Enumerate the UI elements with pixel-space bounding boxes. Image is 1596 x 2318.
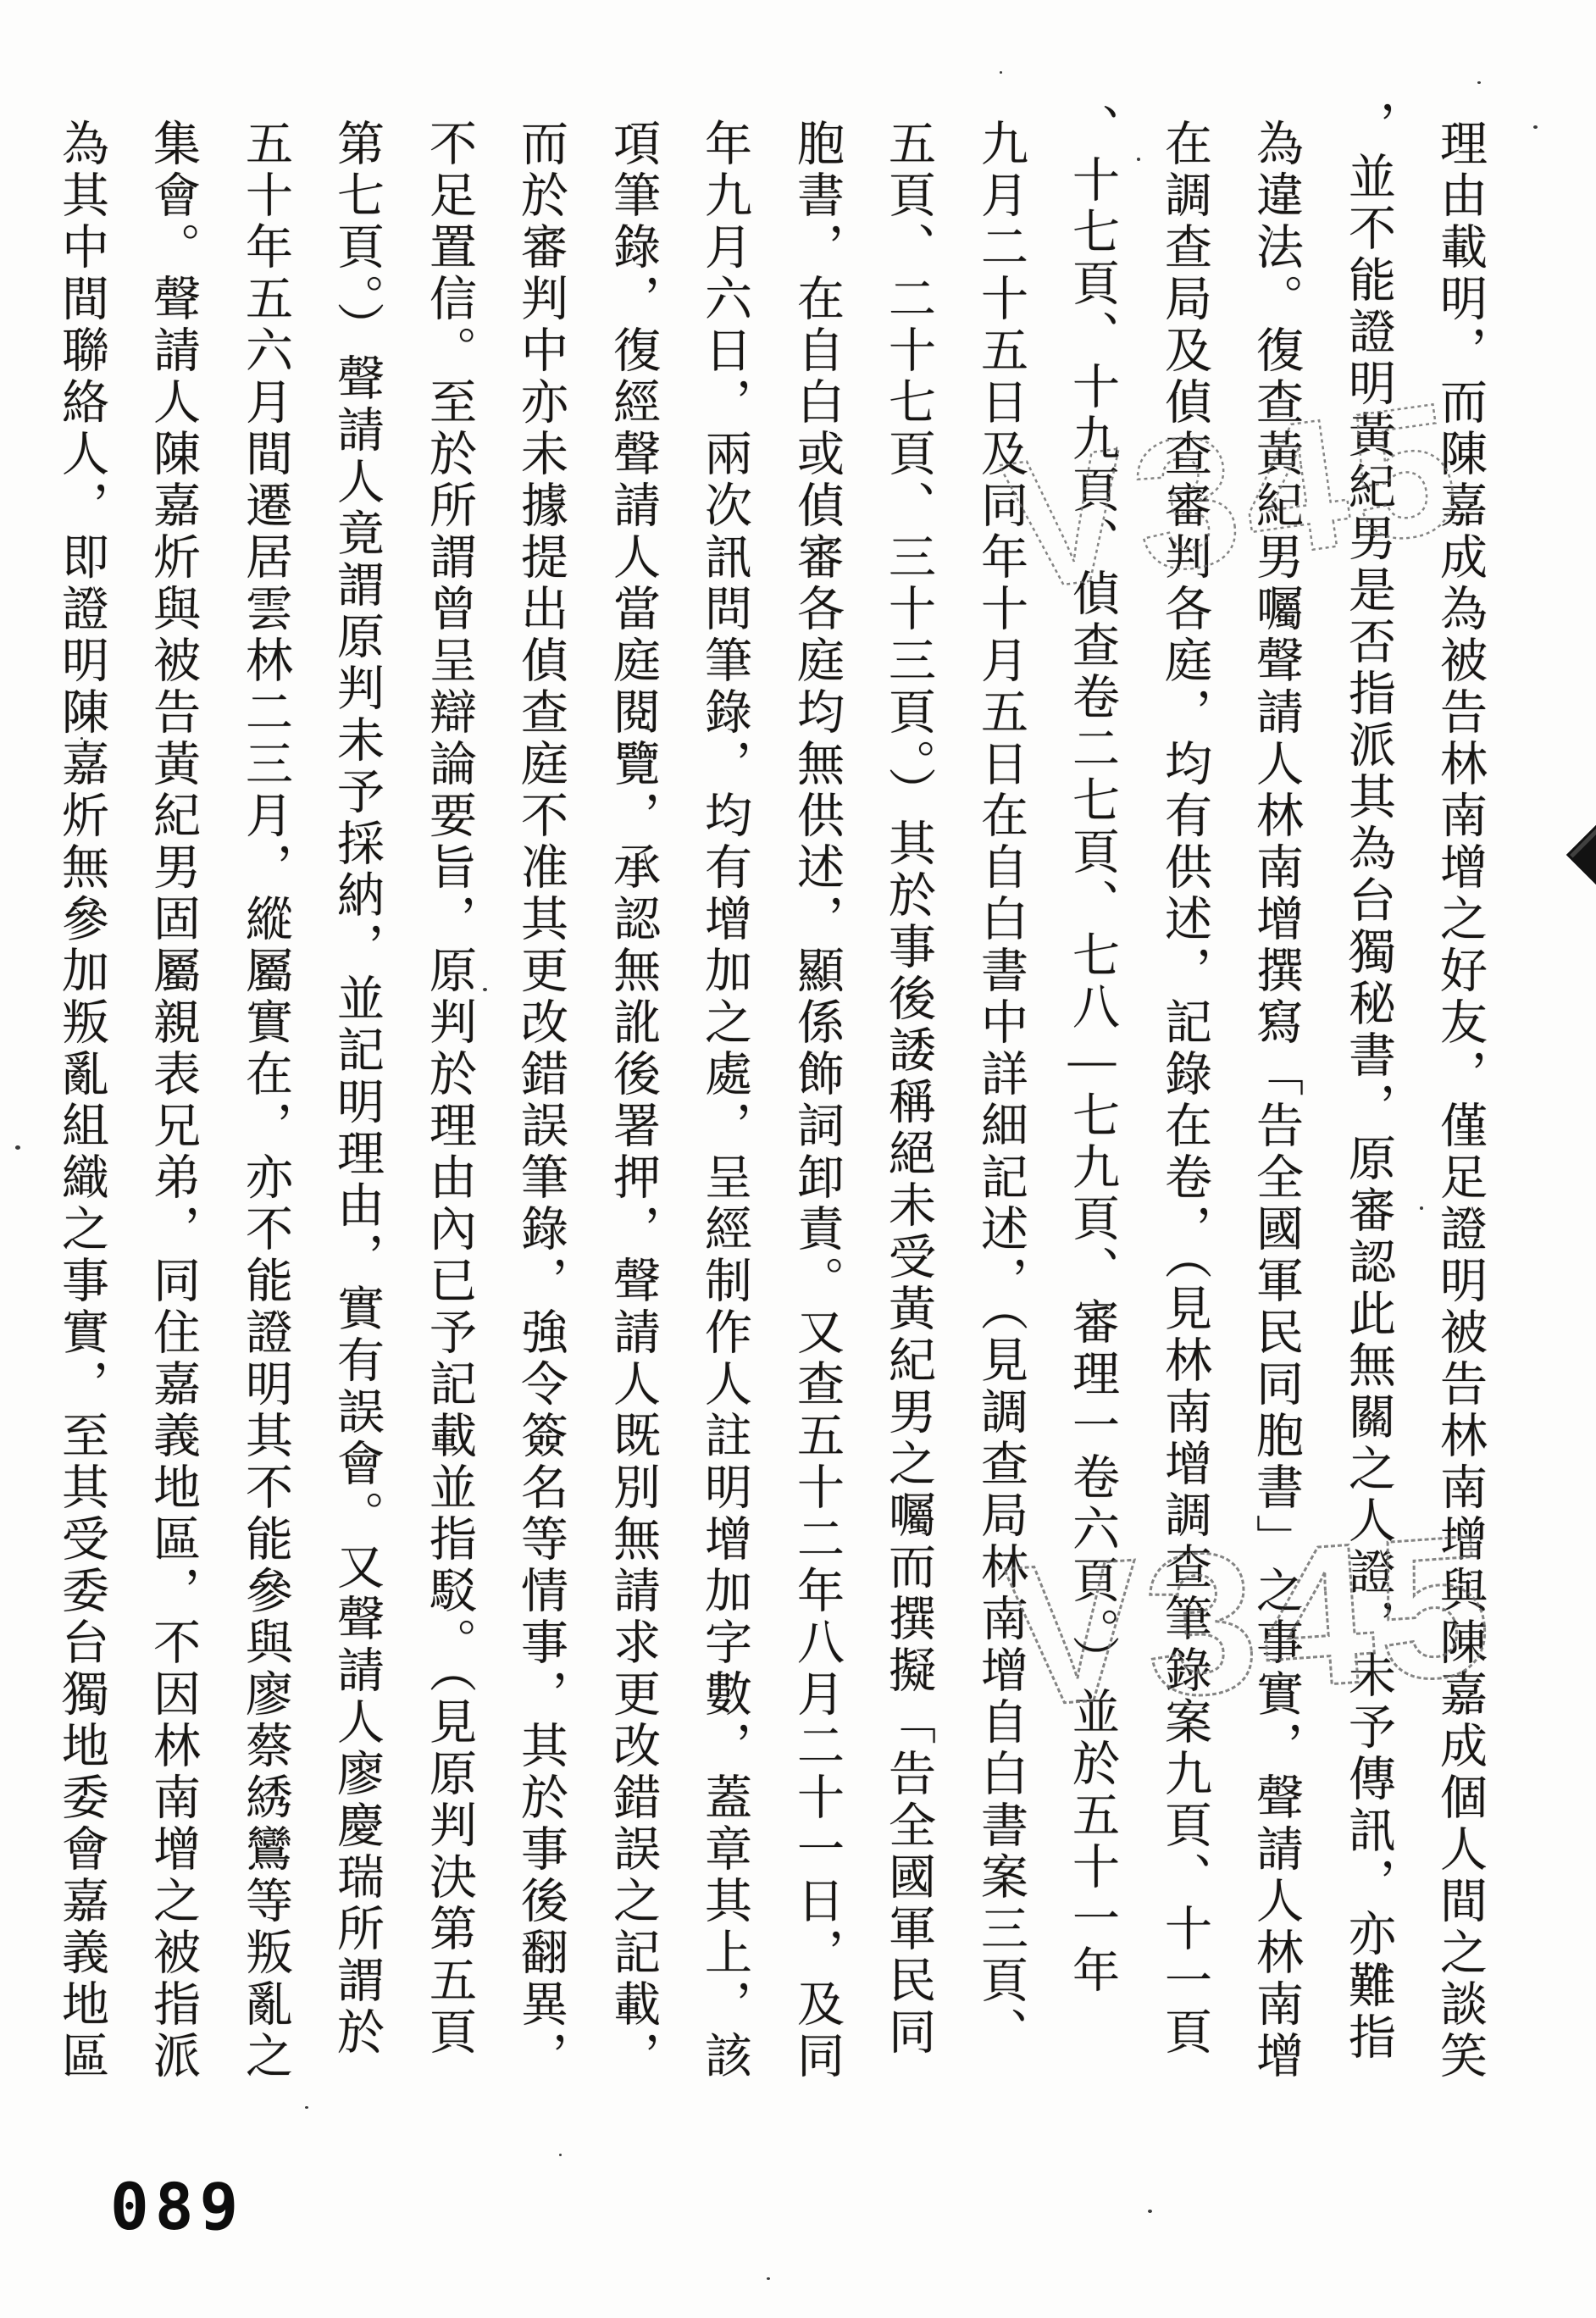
text-column-16: 為其中間聯絡人，即證明陳嘉炘無參加叛亂組織之事實，至其受委台獨地委會嘉義地區 <box>55 119 108 2082</box>
scan-speck <box>1000 71 1002 74</box>
text-column-2: ，並不能證明黃紀男是否指派其為台獨秘書，原審認此無關之人證，未予傳訊，亦難指 <box>1342 100 1394 2064</box>
page-number: 089 <box>110 2169 244 2244</box>
text-column-6: 九月二十五日及同年十月五日在自白書中詳細記述，（見調查局林南增自白書案三頁、 <box>974 119 1027 2059</box>
scan-speck <box>1533 125 1538 129</box>
scan-speck <box>305 2106 308 2109</box>
scan-speck <box>1148 2210 1152 2213</box>
text-column-8: 胞書，在自白或偵審各庭均無供述，顯係飾詞卸責。又查五十二年八月二十一日，及同 <box>790 119 843 2082</box>
text-column-1: 理由載明，而陳嘉成為被告林南增之好友，僅足證明被告林南增與陳嘉成個人間之談笑 <box>1433 119 1486 2082</box>
scan-speck <box>483 988 487 991</box>
text-column-13: 第七頁。）聲請人竟謂原判未予採納，並記明理由，實有誤會。又聲請人廖慶瑞所謂於 <box>330 119 383 2059</box>
scan-speck <box>559 2154 562 2156</box>
scan-speck <box>80 737 83 740</box>
text-column-4: 在調查局及偵查審判各庭，均有供述，記錄在卷，（見林南增調查筆錄案九頁、十一頁 <box>1158 119 1211 2059</box>
text-column-12: 不足置信。至於所謂曾呈辯論要旨，原判於理由內已予記載並指駁。（見原判決第五頁 <box>423 119 475 2059</box>
scan-speck <box>1379 1967 1384 1971</box>
text-column-7: 五頁、二十七頁、三十三頁。）其於事後諉稱絕未受黃紀男之囑而撰擬「告全國軍民同 <box>882 119 934 2059</box>
text-column-15: 集會。聲請人陳嘉炘與被告黃紀男固屬親表兄弟，同住嘉義地區，不因林南增之被指派 <box>147 119 199 2082</box>
ink-blot-icon <box>1566 823 1596 887</box>
scan-speck <box>767 2277 770 2280</box>
text-column-5: 、十七頁、十九頁、偵查卷二七頁、七八—七九頁、審理一卷六頁。）並於五十一年 <box>1066 103 1118 1997</box>
text-column-3: 為違法。復查黃紀男囑聲請人林南增撰寫「告全國軍民同胞書」之事實，聲請人林南增 <box>1250 119 1302 2082</box>
scan-speck <box>1477 81 1481 84</box>
scanned-page: 理由載明，而陳嘉成為被告林南增之好友，僅足證明被告林南增與陳嘉成個人間之談笑 ，… <box>0 0 1596 2318</box>
text-column-11: 而於審判中亦未據提出偵查庭不准其更改錯誤筆錄，強令簽名等情事，其於事後翻異， <box>514 119 567 2082</box>
scan-speck <box>1137 158 1140 161</box>
text-column-10: 項筆錄，復經聲請人當庭閱覽，承認無訛後署押，聲請人既別無請求更改錯誤之記載， <box>607 119 659 2082</box>
text-column-9: 年九月六日，兩次訊問筆錄，均有增加之處，呈經制作人註明增加字數，蓋章其上，該 <box>698 119 751 2082</box>
text-column-14: 五十年五六月間遷居雲林二三月，縱屬實在，亦不能證明其不能參與廖蔡綉鸞等叛亂之 <box>239 119 291 2082</box>
scan-speck <box>542 281 546 284</box>
scan-speck <box>1420 1206 1423 1210</box>
scan-speck <box>15 1145 20 1150</box>
